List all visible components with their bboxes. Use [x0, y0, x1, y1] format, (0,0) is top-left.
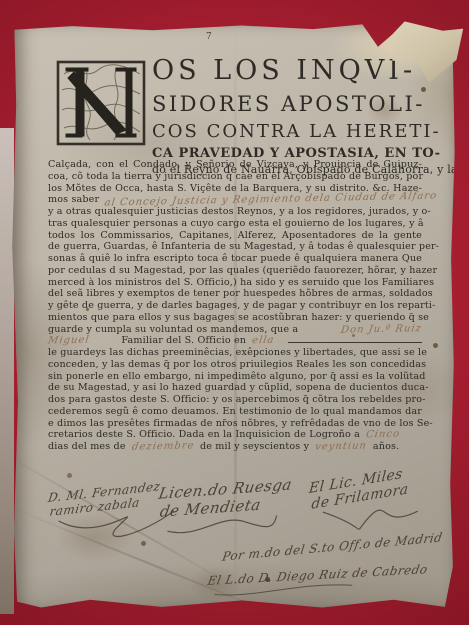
printed-fragment: Familiar del S. Officio en [121, 335, 246, 347]
body-line-with-manuscript: cretarios deste S. Officio. Dada en la I… [48, 429, 422, 441]
book-edge-strip [0, 128, 14, 614]
title-line-2: SIDORES APOSTOLI- [152, 89, 422, 119]
body-line: y gête de guerra, y de darles bagages, y… [48, 300, 422, 312]
printed-text-block: OS LOS INQVI- SIDORES APOSTOLI- COS CONT… [48, 52, 422, 453]
masthead: OS LOS INQVI- SIDORES APOSTOLI- COS CONT… [48, 52, 422, 153]
body-line: de su Magestad, y asi lo hazed guardad y… [48, 382, 422, 394]
manuscript-insertion-year: veyntiun [314, 440, 368, 453]
body-line: por cedulas d su Magestad, por las quale… [48, 265, 422, 277]
blank-rule-line [288, 342, 422, 343]
printed-fragment: de mil y seyscientos y [200, 441, 309, 453]
body-line: merced à los ministros del S. Officio,) … [48, 277, 422, 289]
body-text: Calçada, con el Condado, y Señorio de Vi… [48, 159, 422, 453]
body-line-with-manuscript: guarde y cumpla su voluntad os mandemos,… [48, 324, 422, 336]
photo-backdrop: 7 [0, 0, 469, 625]
body-line: e dimos las presêtes firmadas de nr̃os n… [48, 418, 422, 430]
signature-inquisitor-right: El Lic. Miles de Frilamora [308, 464, 427, 543]
manuscript-insertion-name-2: Miguel [47, 335, 90, 348]
printed-fragment: guarde y cumpla su voluntad os mandemos,… [48, 324, 298, 336]
body-line-with-manuscript: mos saber al Concejo Justicia y Regimien… [48, 194, 422, 206]
title-line-5: do el Reyno de Nauarra, Obispado de Cala… [152, 163, 422, 177]
body-line-with-manuscript: Miguel Familiar del S. Officio en ella [48, 335, 422, 347]
body-line: del seã libres y exemptos de tener por h… [48, 288, 422, 300]
paper-stain-specks [10, 22, 13, 25]
printed-fragment: dias del mes de [48, 441, 126, 453]
body-line: le guardeys las dichas preeminêcias, exê… [48, 347, 422, 359]
body-line: mientos que para ellos y sus bagages se … [48, 312, 422, 324]
signature-inquisitor-center: Licen.do Ruesga de Mendieta [158, 475, 295, 539]
printed-fragment: mos saber [48, 194, 99, 206]
title-line-1: OS LOS INQVI- [152, 52, 422, 89]
document-paper: 7 [10, 22, 456, 614]
manuscript-insertion-day: Cinco [365, 429, 401, 441]
woodcut-initial-icon [56, 60, 146, 146]
body-line: todos los Commissarios, Capitanes, Alfer… [48, 230, 422, 242]
body-line: sin ponerle en ello embargo, ni impedimê… [48, 371, 422, 383]
body-line: tras qualesquier personas a cuyo cargo e… [48, 218, 422, 230]
manuscript-insertion-place: ella [251, 335, 275, 347]
body-line: sonas â quiê lo infra escripto toca ê to… [48, 253, 422, 265]
manuscript-insertion-name: Don Ju.º Ruiz [340, 323, 423, 336]
date-line: dias del mes de deziembre de mil y seysc… [48, 441, 422, 453]
page-number-mark: 7 [206, 32, 214, 42]
printed-fragment: cretarios deste S. Officio. Dada en la I… [48, 429, 360, 441]
body-line: dos para gastos deste S. Officio: y os a… [48, 394, 422, 406]
body-line: conceden, y las demas q̃ por los otros p… [48, 359, 422, 371]
printed-fragment: años. [373, 441, 399, 453]
body-line: de guerra, Guardas, ê Infanteria de su M… [48, 241, 422, 253]
signature-secretary-name: El L.do D. Diego Ruiz de Cabredo [207, 562, 428, 600]
title-line-4: CA PRAVEDAD Y APOSTASIA, EN TO- [152, 145, 422, 163]
manuscript-insertion-month: deziembre [131, 440, 195, 453]
woodcut-initial-n [56, 60, 146, 146]
body-line: cederemos segũ ê como deuamos. En testim… [48, 406, 422, 418]
title-line-3: COS CONTRA LA HERETI- [152, 119, 422, 145]
